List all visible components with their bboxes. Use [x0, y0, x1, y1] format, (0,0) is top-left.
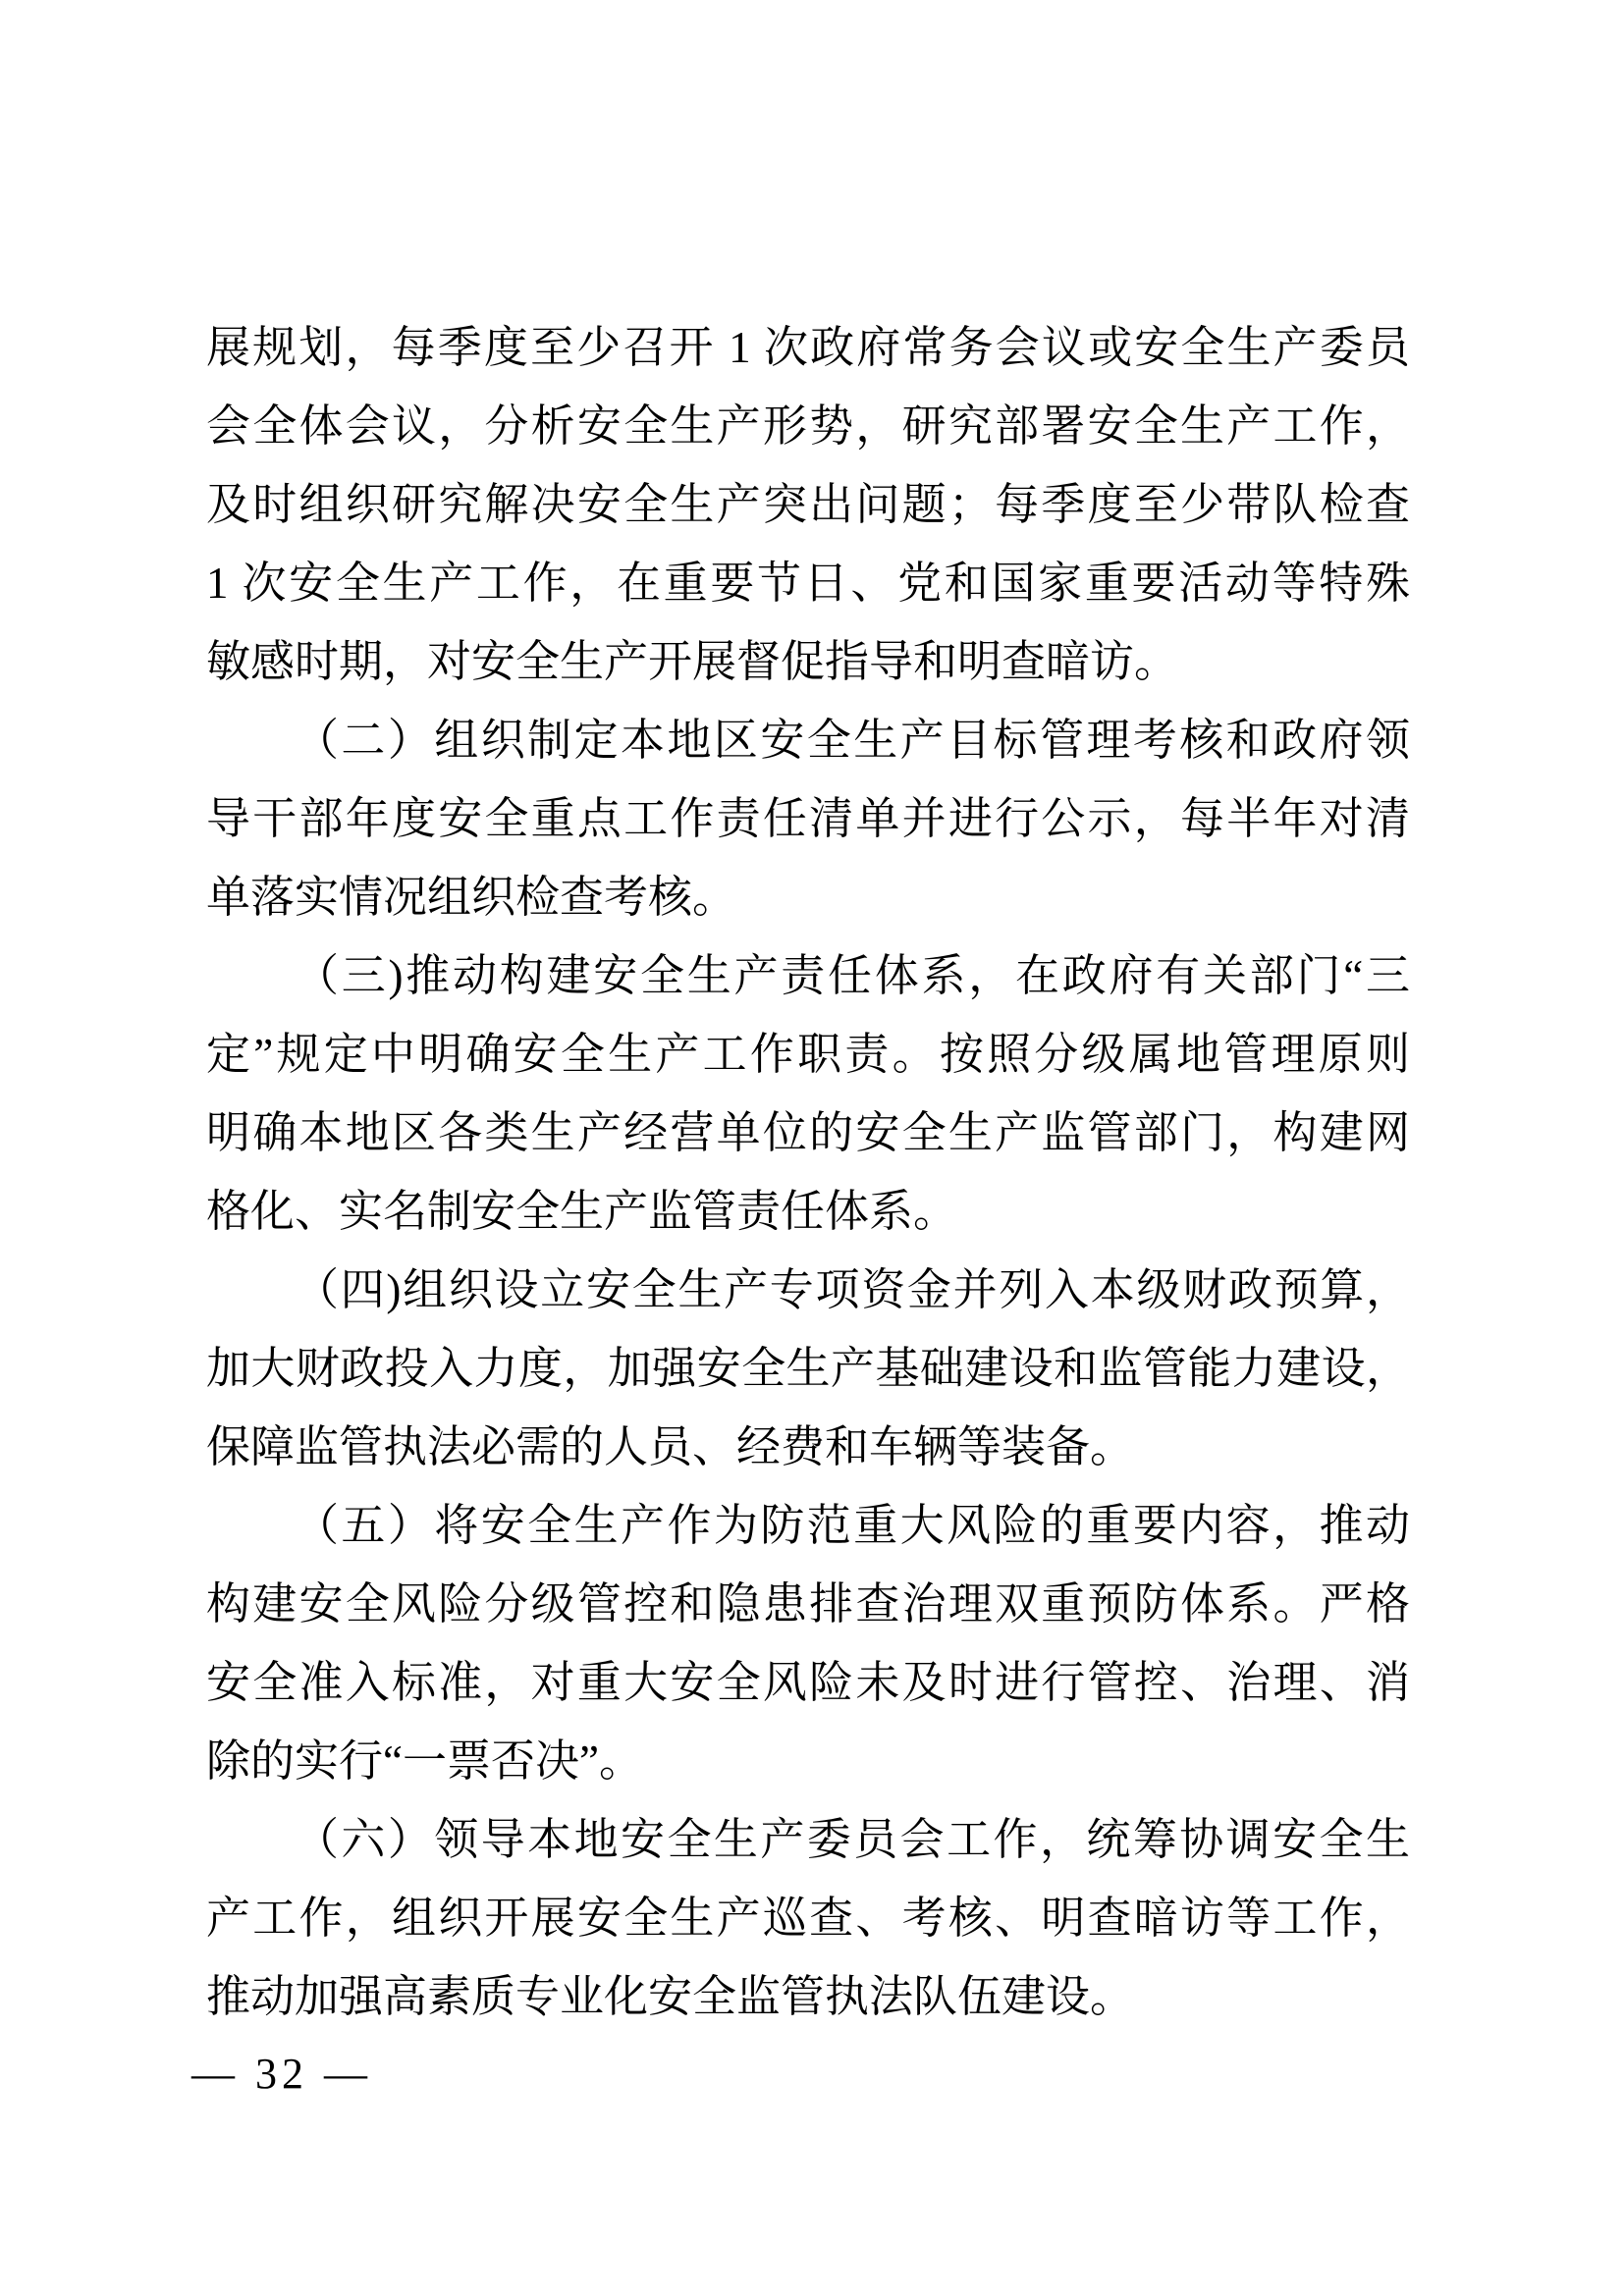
text-line: 产工作，组织开展安全生产巡查、考核、明查暗访等工作，: [206, 1879, 1410, 1957]
text-line: 除的实行“一票否决”。: [206, 1722, 1410, 1800]
text-line: 明确本地区各类生产经营单位的安全生产监管部门，构建网: [206, 1094, 1410, 1172]
paragraph: （五）将安全生产作为防范重大风险的重要内容，推动构建安全风险分级管控和隐患排查治…: [206, 1486, 1410, 1800]
text-line: 推动加强高素质专业化安全监管执法队伍建设。: [206, 1957, 1410, 2036]
paragraph: （三)推动构建安全生产责任体系，在政府有关部门“三定”规定中明确安全生产工作职责…: [206, 936, 1410, 1251]
text-line: 构建安全风险分级管控和隐患排查治理双重预防体系。严格: [206, 1565, 1410, 1643]
text-line: 加大财政投入力度，加强安全生产基础建设和监管能力建设，: [206, 1329, 1410, 1408]
text-line: 导干部年度安全重点工作责任清单并进行公示，每半年对清: [206, 779, 1410, 858]
text-line: （二）组织制定本地区安全生产目标管理考核和政府领: [206, 701, 1410, 779]
paragraph: （六）领导本地安全生产委员会工作，统筹协调安全生产工作，组织开展安全生产巡查、考…: [206, 1800, 1410, 2036]
page-number: — 32 —: [191, 2051, 372, 2098]
paragraph: 展规划，每季度至少召开 1 次政府常务会议或安全生产委员会全体会议，分析安全生产…: [206, 308, 1410, 701]
text-line: 单落实情况组织检查考核。: [206, 858, 1410, 936]
text-line: 及时组织研究解决安全生产突出问题；每季度至少带队检查: [206, 465, 1410, 544]
text-line: 1 次安全生产工作，在重要节日、党和国家重要活动等特殊: [206, 544, 1410, 622]
text-line: 展规划，每季度至少召开 1 次政府常务会议或安全生产委员: [206, 308, 1410, 387]
paragraph: （四)组织设立安全生产专项资金并列入本级财政预算，加大财政投入力度，加强安全生产…: [206, 1251, 1410, 1486]
text-line: 敏感时期，对安全生产开展督促指导和明查暗访。: [206, 622, 1410, 701]
text-line: 会全体会议，分析安全生产形势，研究部署安全生产工作，: [206, 387, 1410, 465]
text-line: 格化、实名制安全生产监管责任体系。: [206, 1172, 1410, 1251]
text-line: （五）将安全生产作为防范重大风险的重要内容，推动: [206, 1486, 1410, 1565]
paragraph: （二）组织制定本地区安全生产目标管理考核和政府领导干部年度安全重点工作责任清单并…: [206, 701, 1410, 936]
text-line: （六）领导本地安全生产委员会工作，统筹协调安全生: [206, 1800, 1410, 1879]
text-line: 定”规定中明确安全生产工作职责。按照分级属地管理原则: [206, 1015, 1410, 1094]
text-line: 保障监管执法必需的人员、经费和车辆等装备。: [206, 1408, 1410, 1486]
document-page: 展规划，每季度至少召开 1 次政府常务会议或安全生产委员会全体会议，分析安全生产…: [0, 0, 1624, 2296]
document-body: 展规划，每季度至少召开 1 次政府常务会议或安全生产委员会全体会议，分析安全生产…: [206, 308, 1410, 2036]
text-line: （四)组织设立安全生产专项资金并列入本级财政预算，: [206, 1251, 1410, 1329]
text-line: （三)推动构建安全生产责任体系，在政府有关部门“三: [206, 936, 1410, 1015]
text-line: 安全准入标准，对重大安全风险未及时进行管控、治理、消: [206, 1643, 1410, 1722]
